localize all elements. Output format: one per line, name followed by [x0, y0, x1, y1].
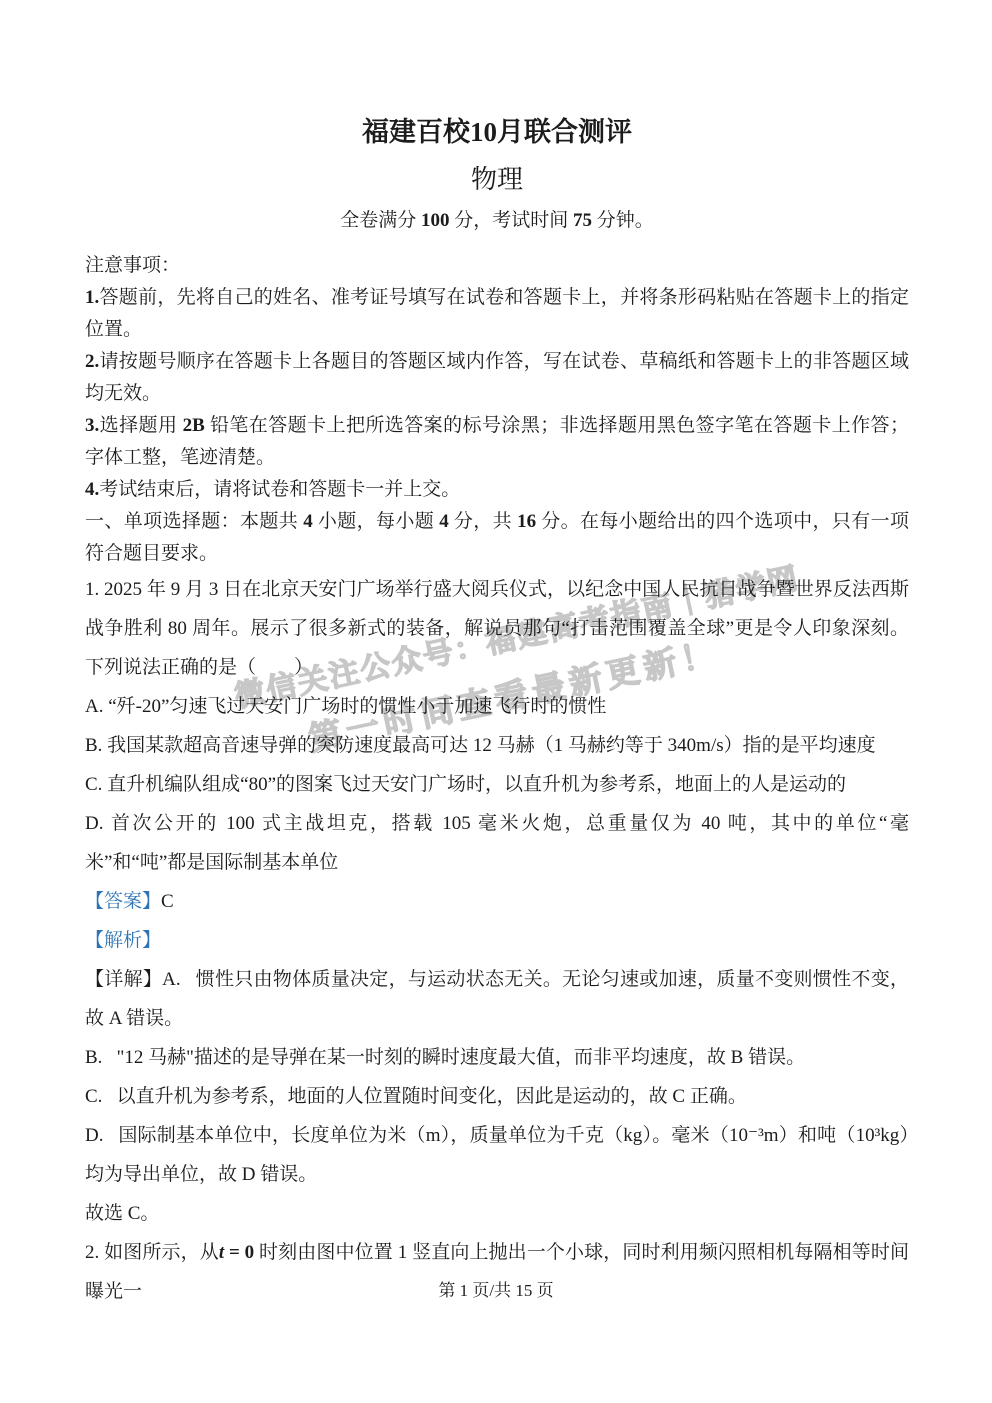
question-1-option-b: B. 我国某款超高音速导弹的突防速度最高可达 12 马赫（1 马赫约等于 340… [85, 726, 909, 765]
question-1-option-c: C. 直升机编队组成“80”的图案飞过天安门广场时，以直升机为参考系，地面上的人… [85, 765, 909, 804]
question-1-block: 1. 2025 年 9 月 3 日在北京天安门广场举行盛大阅兵仪式，以纪念中国人… [85, 570, 909, 1311]
notice-section: 注意事项： 1.答题前，先将自己的姓名、准考证号填写在试卷和答题卡上，并将条形码… [85, 250, 909, 570]
page-number: 第 1 页/共 15 页 [0, 1276, 992, 1301]
analysis-label-line: 【解析】 [85, 921, 909, 960]
notice-item-3: 3.选择题用 2B 铅笔在答题卡上把所选答案的标号涂黑；非选择题用黑色签字笔在答… [85, 410, 909, 474]
answer-value: C [161, 891, 174, 912]
analysis-label: 【解析】 [85, 930, 161, 951]
subject-title: 物理 [85, 162, 909, 198]
question-1-stem: 1. 2025 年 9 月 3 日在北京天安门广场举行盛大阅兵仪式，以纪念中国人… [85, 570, 909, 687]
explanation-d: D. 国际制基本单位中，长度单位为米（m），质量单位为千克（kg）。毫米（10⁻… [85, 1116, 909, 1194]
exam-page: 微信关注公众号：福建高考指南｜猎学网 第一时间查看最新更新！ 福建百校10月联合… [0, 0, 992, 1403]
explanation-a: 【详解】A. 惯性只由物体质量决定，与运动状态无关。无论匀速或加速，质量不变则惯… [85, 960, 909, 1038]
section-heading: 一、单项选择题：本题共 4 小题，每小题 4 分，共 16 分。在每小题给出的四… [85, 506, 909, 570]
notice-heading: 注意事项： [85, 250, 909, 282]
notice-item-2: 2.请按题号顺序在答题卡上各题目的答题区域内作答，写在试卷、草稿纸和答题卡上的非… [85, 346, 909, 410]
question-1-option-d: D. 首次公开的 100 式主战坦克，搭载 105 毫米火炮，总重量仅为 40 … [85, 804, 909, 882]
explanation-conclusion: 故选 C。 [85, 1194, 909, 1233]
answer-label: 【答案】 [85, 891, 161, 912]
explanation-c: C. 以直升机为参考系，地面的人位置随时间变化，因此是运动的，故 C 正确。 [85, 1077, 909, 1116]
document-content: 福建百校10月联合测评 物理 全卷满分 100 分，考试时间 75 分钟。 注意… [85, 112, 909, 1311]
question-1-option-a: A. “歼-20”匀速飞过天安门广场时的惯性小于加速飞行时的惯性 [85, 687, 909, 726]
exam-info-line: 全卷满分 100 分，考试时间 75 分钟。 [85, 206, 909, 236]
notice-item-1: 1.答题前，先将自己的姓名、准考证号填写在试卷和答题卡上，并将条形码粘贴在答题卡… [85, 282, 909, 346]
explanation-b: B. "12 马赫"描述的是导弹在某一时刻的瞬时速度最大值，而非平均速度，故 B… [85, 1038, 909, 1077]
notice-item-4: 4.考试结束后，请将试卷和答题卡一并上交。 [85, 474, 909, 506]
answer-line: 【答案】C [85, 882, 909, 921]
page-title: 福建百校10月联合测评 [85, 112, 909, 152]
